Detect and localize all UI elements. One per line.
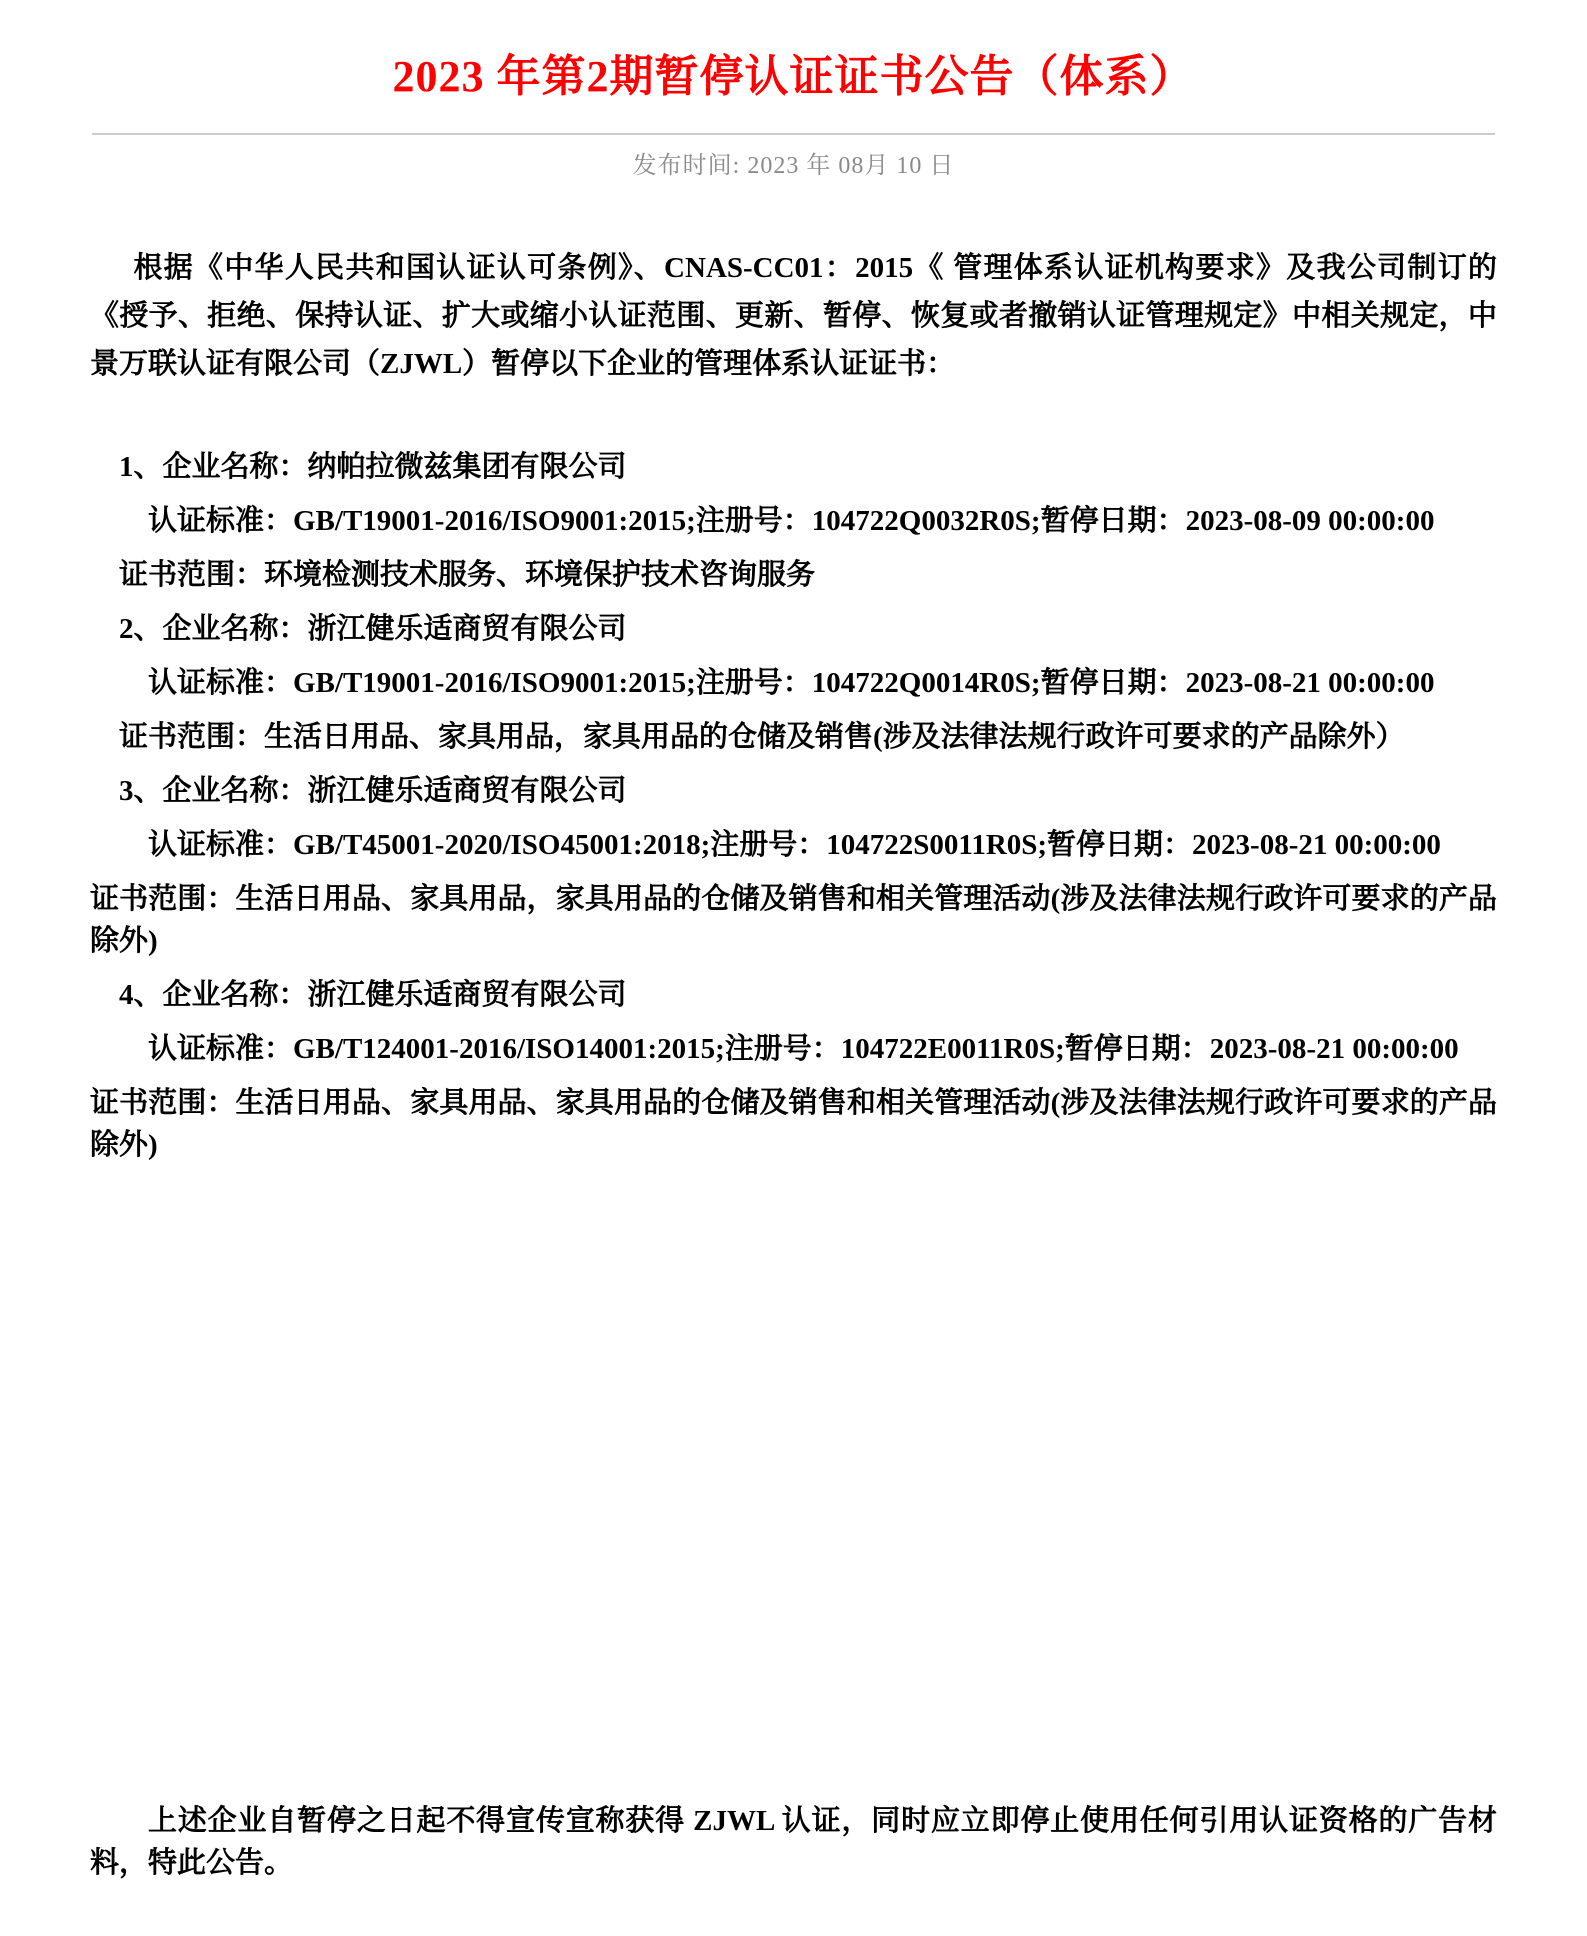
company-list: 1、企业名称：纳帕拉微兹集团有限公司 认证标准：GB/T19001-2016/I… <box>90 446 1497 1166</box>
company-entry-3: 3、企业名称：浙江健乐适商贸有限公司 认证标准：GB/T45001-2020/I… <box>90 770 1497 962</box>
announcement-body: 根据《中华人民共和国认证认可条例》、CNAS-CC01：2015《 管理体系认证… <box>90 244 1497 1166</box>
certificate-scope-line: 证书范围：生活日用品、家具用品、家具用品的仓储及销售和相关管理活动(涉及法律法规… <box>90 1082 1497 1166</box>
certification-standard-line: 认证标准：GB/T19001-2016/ISO9001:2015;注册号：104… <box>90 662 1497 704</box>
title-divider <box>92 133 1495 135</box>
certificate-scope-line: 证书范围：环境检测技术服务、环境保护技术咨询服务 <box>90 554 1497 596</box>
certification-standard-line: 认证标准：GB/T124001-2016/ISO14001:2015;注册号：1… <box>90 1028 1497 1070</box>
company-name-line: 2、企业名称：浙江健乐适商贸有限公司 <box>90 608 1497 650</box>
company-name-line: 4、企业名称：浙江健乐适商贸有限公司 <box>90 974 1497 1016</box>
publish-date: 发布时间: 2023 年 08月 10 日 <box>0 145 1587 180</box>
company-name-line: 1、企业名称：纳帕拉微兹集团有限公司 <box>90 446 1497 488</box>
certificate-scope-line: 证书范围：生活日用品、家具用品，家具用品的仓储及销售和相关管理活动(涉及法律法规… <box>90 878 1497 962</box>
certification-standard-line: 认证标准：GB/T45001-2020/ISO45001:2018;注册号：10… <box>90 824 1497 866</box>
page-title: 2023 年第2期暂停认证证书公告（体系） <box>0 0 1587 103</box>
company-entry-4: 4、企业名称：浙江健乐适商贸有限公司 认证标准：GB/T124001-2016/… <box>90 974 1497 1166</box>
announcement-page: 2023 年第2期暂停认证证书公告（体系） 发布时间: 2023 年 08月 1… <box>0 0 1587 1936</box>
company-entry-2: 2、企业名称：浙江健乐适商贸有限公司 认证标准：GB/T19001-2016/I… <box>90 608 1497 758</box>
intro-paragraph: 根据《中华人民共和国认证认可条例》、CNAS-CC01：2015《 管理体系认证… <box>90 244 1497 388</box>
company-entry-1: 1、企业名称：纳帕拉微兹集团有限公司 认证标准：GB/T19001-2016/I… <box>90 446 1497 596</box>
certificate-scope-line: 证书范围：生活日用品、家具用品，家具用品的仓储及销售(涉及法律法规行政许可要求的… <box>90 716 1497 758</box>
certification-standard-line: 认证标准：GB/T19001-2016/ISO9001:2015;注册号：104… <box>90 500 1497 542</box>
closing-paragraph: 上述企业自暂停之日起不得宣传宣称获得 ZJWL 认证，同时应立即停止使用任何引用… <box>90 1800 1497 1884</box>
company-name-line: 3、企业名称：浙江健乐适商贸有限公司 <box>90 770 1497 812</box>
